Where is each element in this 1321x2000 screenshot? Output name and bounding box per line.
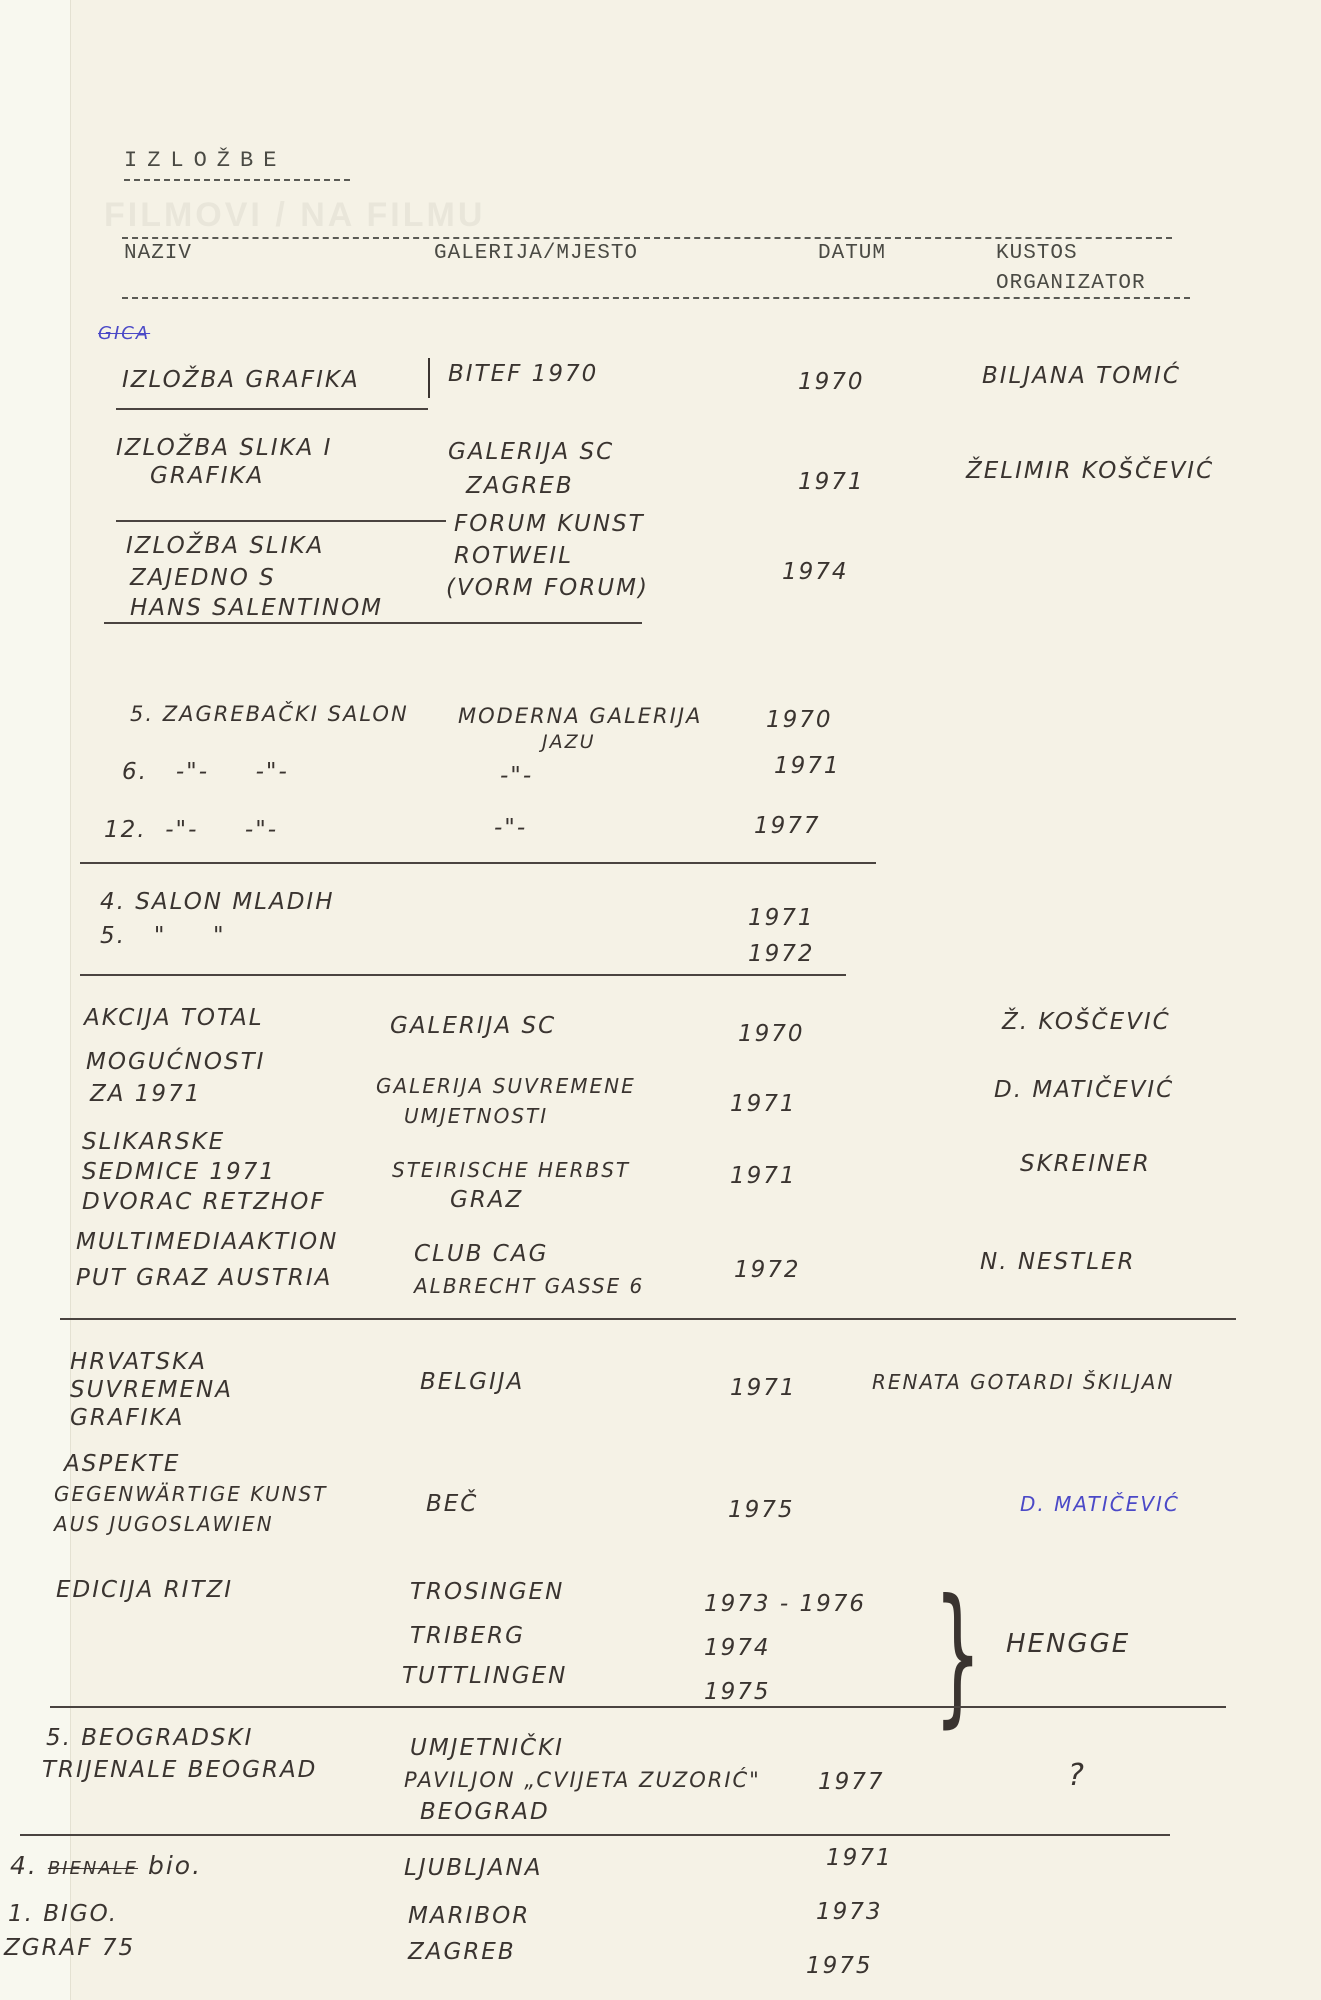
entry-naziv: 6. -"- -"- [122, 756, 289, 788]
entry-naziv: 5. ZAGREBAČKI SALON [130, 698, 409, 730]
entry-kustos-correction: D. MATIČEVIĆ [1020, 1488, 1180, 1520]
entry-naziv: HANS SALENTINOM [130, 592, 383, 624]
title-underline [124, 179, 350, 181]
entry-naziv: IZLOŽBA GRAFIKA [122, 364, 360, 396]
entry-naziv: PUT GRAZ AUSTRIA [76, 1262, 332, 1294]
entry-datum: 1973 [816, 1896, 883, 1928]
entry-galerija: PAVILJON „CVIJETA ZUZORIĆ" [404, 1764, 761, 1796]
entry-galerija: GRAZ [450, 1184, 523, 1216]
entry-kustos: BILJANA TOMIĆ [982, 360, 1181, 392]
page-title: IZLOŽBE [124, 148, 286, 173]
entry-datum: 1971 1972 [748, 900, 815, 972]
entry-galerija: LJUBLJANA [404, 1852, 542, 1884]
binding-edge [0, 0, 71, 2000]
entry-galerija: (VORM FORUM) [446, 572, 649, 604]
entry-galerija: GALERIJA SC [390, 1010, 556, 1042]
section-divider [104, 622, 642, 624]
entry-galerija: MARIBOR [408, 1900, 530, 1932]
entry-galerija: GALERIJA SUVREMENE [376, 1070, 636, 1102]
entry-galerija: JAZU [542, 726, 596, 758]
entry-naziv: MOGUĆNOSTI [86, 1046, 265, 1078]
entry-galerija: BEČ [426, 1488, 478, 1520]
entry-datum: 1973 - 1976 1974 1975 [704, 1582, 866, 1714]
col-header-naziv: NAZIV [124, 242, 192, 265]
entry-galerija: CLUB CAG [414, 1238, 548, 1270]
entry-datum: 1971 [730, 1372, 797, 1404]
entry-kustos: D. MATIČEVIĆ [994, 1074, 1174, 1106]
section-divider [20, 1834, 1170, 1836]
entry-galerija: ZAGREB [466, 470, 574, 502]
crossed-note: GICA [98, 318, 150, 350]
entry-naziv: GRAFIKA [150, 460, 264, 492]
entry-naziv: 5. BEOGRADSKI [46, 1722, 253, 1754]
entry-naziv: MULTIMEDIAAKTION [76, 1226, 338, 1258]
section-divider [50, 1706, 1226, 1708]
entry-galerija: -"- [500, 760, 533, 792]
entry-naziv: GRAFIKA [70, 1402, 184, 1434]
entry-galerija: BEOGRAD [420, 1796, 550, 1828]
entry-kustos: N. NESTLER [980, 1246, 1136, 1278]
entry-datum: 1975 [728, 1494, 795, 1526]
col-header-kustos: KUSTOS [996, 242, 1078, 265]
document-page [71, 0, 1321, 2000]
entry-galerija: UMJETNOSTI [404, 1100, 548, 1132]
row-divider [116, 520, 446, 522]
entry-galerija: TROSINGEN [410, 1576, 564, 1608]
entry-naziv: EDICIJA RITZI [56, 1574, 233, 1606]
entry-kustos: HENGGE [1006, 1628, 1130, 1660]
entry-kustos: SKREINER [1020, 1148, 1151, 1180]
entry-galerija: BELGIJA [420, 1366, 524, 1398]
entry-naziv: ZGRAF 75 [4, 1932, 135, 1964]
entry-datum: 1970 [766, 704, 833, 736]
entry-naziv: AKCIJA TOTAL [84, 1002, 264, 1034]
entry-naziv: IZLOŽBA SLIKA [126, 530, 324, 562]
entry-kustos: RENATA GOTARDI ŠKILJAN [872, 1366, 1174, 1398]
entry-galerija: ZAGREB [408, 1936, 516, 1968]
entry-galerija: FORUM KUNST [454, 508, 645, 540]
entry-naziv: ZA 1971 [90, 1078, 201, 1110]
entry-galerija: TUTTLINGEN [402, 1660, 567, 1692]
entry-datum: 1970 [798, 366, 865, 398]
entry-naziv: 4. SALON MLADIH [100, 886, 335, 918]
entry-datum: 1971 [774, 750, 841, 782]
entry-naziv: TRIJENALE BEOGRAD [42, 1754, 317, 1786]
entry-galerija: UMJETNIČKI [410, 1732, 564, 1764]
entry-naziv: 5. " " [100, 920, 226, 952]
entry-datum: 1977 [754, 810, 821, 842]
entry-kustos: Ž. KOŠČEVIĆ [1002, 1006, 1171, 1038]
entry-naziv: 4. BIENALE bio. [10, 1850, 202, 1885]
entry-datum: 1971 [798, 466, 865, 498]
col-header-galerija: GALERIJA/MJESTO [434, 242, 638, 265]
entry-datum: 1971 [826, 1842, 893, 1874]
column-divider [428, 358, 430, 398]
entry-naziv: SLIKARSKE [82, 1126, 225, 1158]
row-divider [116, 408, 428, 410]
entry-naziv: ASPEKTE [64, 1448, 180, 1480]
entry-naziv: DVORAC RETZHOF [82, 1186, 326, 1218]
entry-datum: 1970 [738, 1018, 805, 1050]
entry-naziv: 1. BIGO. [8, 1898, 118, 1930]
entry-datum: 1972 [734, 1254, 801, 1286]
bleed-through-text: FILMOVI / NA FILMU [104, 196, 485, 235]
entry-naziv: ZAJEDNO S [130, 562, 276, 594]
section-divider [80, 862, 876, 864]
section-divider [60, 1318, 1236, 1320]
col-header-datum: DATUM [818, 242, 886, 265]
entry-datum: 1975 [806, 1950, 873, 1982]
entry-naziv: GEGENWÄRTIGE KUNST [54, 1478, 327, 1510]
entry-galerija: ROTWEIL [454, 540, 573, 572]
header-top-rule [122, 237, 1172, 239]
entry-datum: 1971 [730, 1088, 797, 1120]
entry-naziv: SEDMICE 1971 [82, 1156, 276, 1188]
entry-galerija: ALBRECHT GASSE 6 [414, 1270, 644, 1302]
entry-galerija: BITEF 1970 [448, 358, 598, 390]
entry-datum: 1971 [730, 1160, 797, 1192]
entry-kustos-unknown: ? [1068, 1760, 1086, 1792]
entry-galerija: -"- [494, 812, 527, 844]
entry-datum: 1977 [818, 1766, 885, 1798]
entry-galerija: STEIRISCHE HERBST [392, 1154, 630, 1186]
entry-naziv: 12. -"- -"- [104, 814, 278, 846]
entry-galerija: TRIBERG [410, 1620, 525, 1652]
entry-galerija: GALERIJA SC [448, 436, 614, 468]
entry-datum: 1974 [782, 556, 849, 588]
entry-kustos: ŽELIMIR KOŠČEVIĆ [966, 455, 1214, 487]
entry-naziv: AUS JUGOSLAWIEN [54, 1508, 274, 1540]
header-bottom-rule [122, 297, 1190, 299]
col-header-organizator: ORGANIZATOR [996, 272, 1146, 295]
section-divider [80, 974, 846, 976]
